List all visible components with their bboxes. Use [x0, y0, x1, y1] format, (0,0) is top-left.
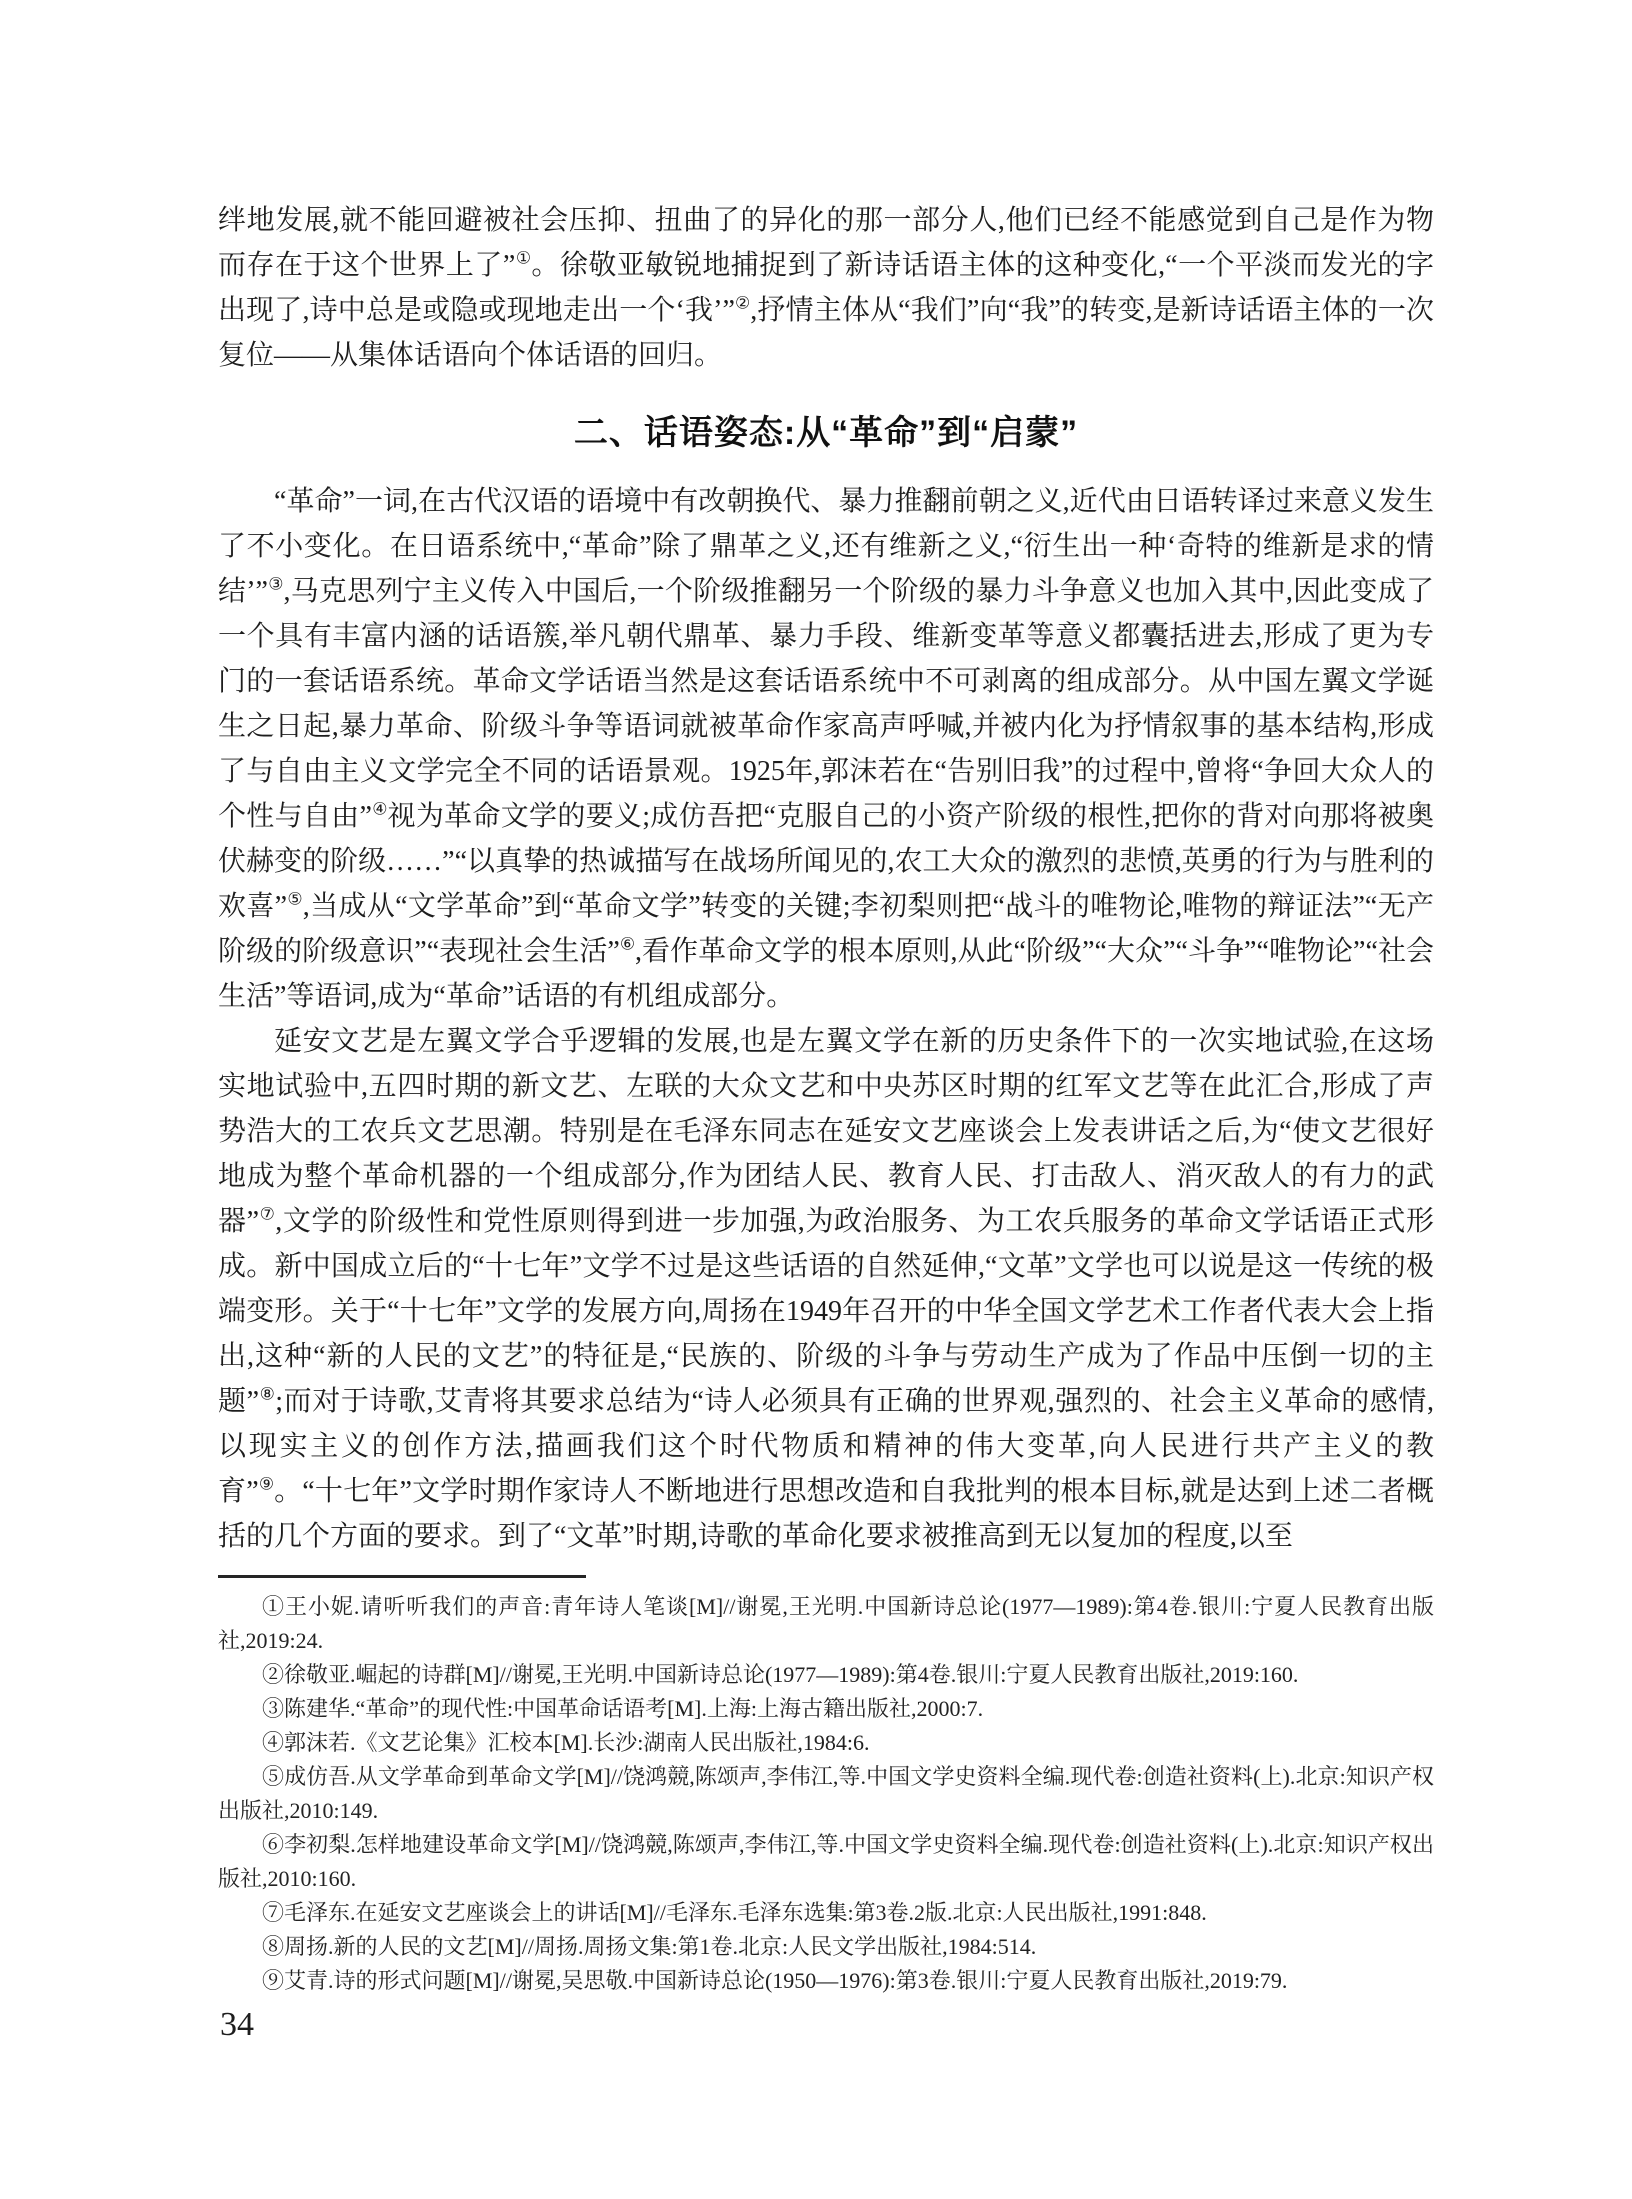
footnote-ref: ③ [268, 575, 284, 594]
text-run: ,马克思列宁主义传入中国后,一个阶级推翻另一个阶级的暴力斗争意义也加入其中,因此… [218, 576, 1434, 832]
footnote-ref: ① [515, 249, 531, 268]
footnote-item: ⑥李初梨.怎样地建设革命文学[M]//饶鸿競,陈颂声,李伟江,等.中国文学史资料… [218, 1828, 1434, 1896]
footnote-ref: ⑥ [620, 935, 635, 954]
document-page: 绊地发展,就不能回避被社会压抑、扭曲了的异化的那一部分人,他们已经不能感觉到自己… [0, 0, 1632, 2199]
opening-paragraph: 绊地发展,就不能回避被社会压抑、扭曲了的异化的那一部分人,他们已经不能感觉到自己… [218, 198, 1434, 378]
footnote-list: ①王小妮.请听听我们的声音:青年诗人笔谈[M]//谢冕,王光明.中国新诗总论(1… [218, 1590, 1434, 1998]
page-number: 34 [220, 2006, 254, 2044]
opening-paragraph-container: 绊地发展,就不能回避被社会压抑、扭曲了的异化的那一部分人,他们已经不能感觉到自己… [218, 198, 1434, 378]
footnote-item: ④郭沫若.《文艺论集》汇校本[M].长沙:湖南人民出版社,1984:6. [218, 1726, 1434, 1760]
footnote-ref: ⑧ [259, 1385, 275, 1404]
footnote-ref: ⑦ [259, 1205, 275, 1224]
footnote-item: ⑤成仿吾.从文学革命到革命文学[M]//饶鸿競,陈颂声,李伟江,等.中国文学史资… [218, 1760, 1434, 1828]
page-content: 绊地发展,就不能回避被社会压抑、扭曲了的异化的那一部分人,他们已经不能感觉到自己… [218, 198, 1434, 1998]
footnote-item: ⑦毛泽东.在延安文艺座谈会上的讲话[M]//毛泽东.毛泽东选集:第3卷.2版.北… [218, 1896, 1434, 1930]
footnote-ref: ⑤ [287, 890, 303, 909]
footnote-ref: ② [735, 294, 750, 313]
footnote-item: ⑨艾青.诗的形式问题[M]//谢冕,吴思敬.中国新诗总论(1950—1976):… [218, 1964, 1434, 1998]
footnote-item: ①王小妮.请听听我们的声音:青年诗人笔谈[M]//谢冕,王光明.中国新诗总论(1… [218, 1590, 1434, 1658]
body-paragraphs-container: “革命”一词,在古代汉语的语境中有改朝换代、暴力推翻前朝之义,近代由日语转译过来… [218, 479, 1434, 1559]
footnote-item: ⑧周扬.新的人民的文艺[M]//周扬.周扬文集:第1卷.北京:人民文学出版社,1… [218, 1930, 1434, 1964]
footnotes-section: ①王小妮.请听听我们的声音:青年诗人笔谈[M]//谢冕,王光明.中国新诗总论(1… [218, 1575, 1434, 1998]
footnote-item: ②徐敬亚.崛起的诗群[M]//谢冕,王光明.中国新诗总论(1977—1989):… [218, 1658, 1434, 1692]
footnote-ref: ⑨ [259, 1475, 274, 1494]
footnote-item: ③陈建华.“革命”的现代性:中国革命话语考[M].上海:上海古籍出版社,2000… [218, 1692, 1434, 1726]
body-paragraph-2: 延安文艺是左翼文学合乎逻辑的发展,也是左翼文学在新的历史条件下的一次实地试验,在… [218, 1019, 1434, 1559]
footnote-ref: ④ [372, 800, 388, 819]
text-run: 。“十七年”文学时期作家诗人不断地进行思想改造和自我批判的根本目标,就是达到上述… [218, 1476, 1434, 1552]
body-paragraph-1: “革命”一词,在古代汉语的语境中有改朝换代、暴力推翻前朝之义,近代由日语转译过来… [218, 479, 1434, 1019]
footnote-separator [218, 1575, 586, 1578]
section-heading: 二、话语姿态:从“革命”到“启蒙” [218, 405, 1434, 454]
